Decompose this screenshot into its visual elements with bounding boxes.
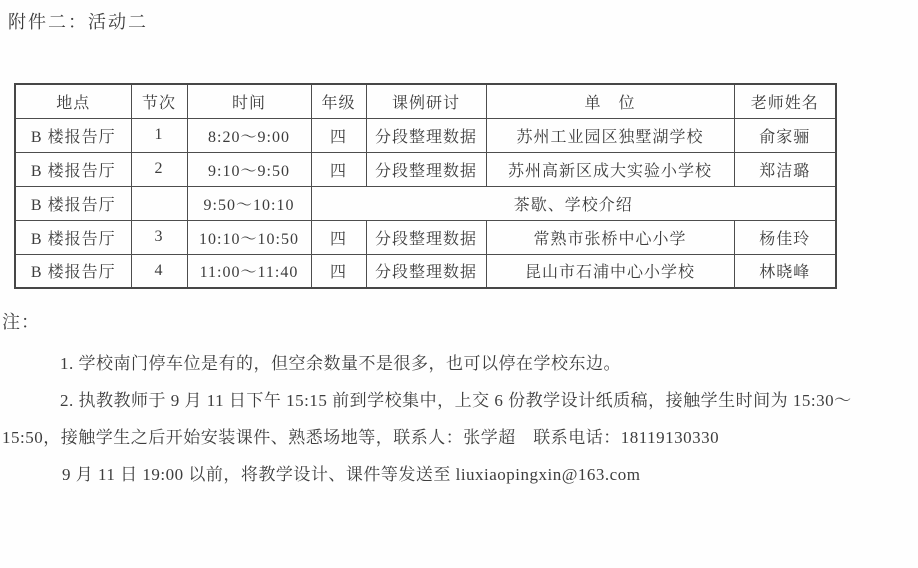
cell-break-merged: 茶歇、学校介绍 (311, 186, 836, 220)
cell-session: 4 (131, 254, 187, 288)
cell-topic: 分段整理数据 (366, 254, 486, 288)
cell-teacher: 俞家骊 (734, 118, 836, 152)
cell-grade: 四 (311, 152, 366, 186)
cell-teacher: 林晓峰 (734, 254, 836, 288)
cell-location: B 楼报告厅 (15, 118, 131, 152)
note-line-parking: 1. 学校南门停车位是有的，但空余数量不是很多，也可以停在学校东边。 (60, 349, 621, 374)
cell-topic: 分段整理数据 (366, 118, 486, 152)
cell-session: 2 (131, 152, 187, 186)
cell-session: 3 (131, 220, 187, 254)
cell-unit: 苏州工业园区独墅湖学校 (486, 118, 734, 152)
column-header-location: 地点 (15, 84, 131, 118)
column-header-topic: 课例研讨 (366, 84, 486, 118)
page-title: 附件二：活动二 (8, 8, 148, 34)
scanned-document-page: 附件二：活动二 地点 节次 时间 年级 课例研讨 单 位 老师姓名 B 楼 (0, 0, 918, 568)
table-row: B 楼报告厅 1 8:20～9:00 四 分段整理数据 苏州工业园区独墅湖学校 … (15, 118, 836, 152)
table-row: B 楼报告厅 3 10:10～10:50 四 分段整理数据 常熟市张桥中心小学 … (15, 220, 836, 254)
cell-time: 11:00～11:40 (187, 254, 311, 288)
table-row: B 楼报告厅 2 9:10～9:50 四 分段整理数据 苏州高新区成大实验小学校… (15, 152, 836, 186)
column-header-grade: 年级 (311, 84, 366, 118)
cell-location: B 楼报告厅 (15, 152, 131, 186)
cell-time: 9:10～9:50 (187, 152, 311, 186)
cell-time: 8:20～9:00 (187, 118, 311, 152)
cell-teacher: 郑洁璐 (734, 152, 836, 186)
note-line-email: 9 月 11 日 19:00 以前，将教学设计、课件等发送至 liuxiaopi… (62, 460, 640, 485)
table-row-break: B 楼报告厅 9:50～10:10 茶歇、学校介绍 (15, 186, 836, 220)
column-header-session: 节次 (131, 84, 187, 118)
cell-topic: 分段整理数据 (366, 152, 486, 186)
schedule-table: 地点 节次 时间 年级 课例研讨 单 位 老师姓名 B 楼报告厅 1 8:20～… (14, 83, 837, 289)
cell-location: B 楼报告厅 (15, 220, 131, 254)
cell-unit: 昆山市石浦中心小学校 (486, 254, 734, 288)
cell-grade: 四 (311, 220, 366, 254)
cell-location: B 楼报告厅 (15, 186, 131, 220)
cell-time: 10:10～10:50 (187, 220, 311, 254)
cell-unit: 常熟市张桥中心小学 (486, 220, 734, 254)
note-line-contact: 15:50，接触学生之后开始安装课件、熟悉场地等，联系人：张学超 联系电话：18… (2, 423, 719, 448)
table-header-row: 地点 节次 时间 年级 课例研讨 单 位 老师姓名 (15, 84, 836, 118)
note-line-teachers: 2. 执教教师于 9 月 11 日下午 15:15 前到学校集中，上交 6 份教… (60, 386, 852, 411)
cell-session (131, 186, 187, 220)
cell-location: B 楼报告厅 (15, 254, 131, 288)
table-row: B 楼报告厅 4 11:00～11:40 四 分段整理数据 昆山市石浦中心小学校… (15, 254, 836, 288)
column-header-time: 时间 (187, 84, 311, 118)
cell-session: 1 (131, 118, 187, 152)
cell-grade: 四 (311, 118, 366, 152)
column-header-teacher: 老师姓名 (734, 84, 836, 118)
cell-unit: 苏州高新区成大实验小学校 (486, 152, 734, 186)
cell-teacher: 杨佳玲 (734, 220, 836, 254)
cell-grade: 四 (311, 254, 366, 288)
cell-time: 9:50～10:10 (187, 186, 311, 220)
cell-topic: 分段整理数据 (366, 220, 486, 254)
notes-label: 注： (2, 308, 40, 334)
column-header-unit: 单 位 (486, 84, 734, 118)
